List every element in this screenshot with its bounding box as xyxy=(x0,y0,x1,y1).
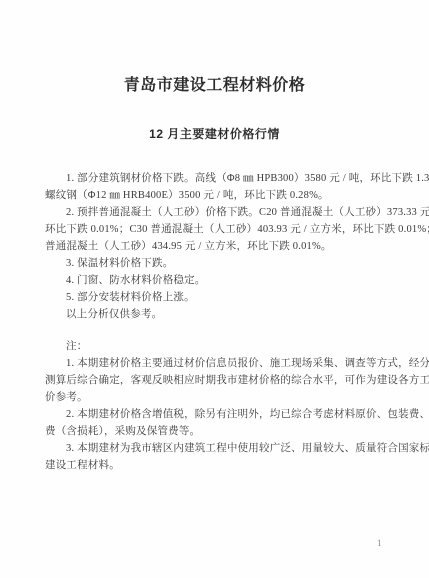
body-line-6: 3. 保温材料价格下跌。 xyxy=(45,255,387,272)
body-line-8: 5. 部分安装材料价格上涨。 xyxy=(45,289,387,306)
note-line-1: 1. 本期建材价格主要通过材价信息员报价、施工现场采集、调查等方式，经分析和 xyxy=(45,355,387,372)
notes-section: 注： 1. 本期建材价格主要通过材价信息员报价、施工现场采集、调查等方式，经分析… xyxy=(45,338,387,474)
note-line-3: 价参考。 xyxy=(45,389,387,406)
body-line-9: 以上分析仅供参考。 xyxy=(45,306,387,323)
page-number: 1 xyxy=(377,537,382,549)
notes-heading: 注： xyxy=(45,338,387,355)
body-line-4: 环比下跌 0.01%；C30 普通混凝土（人工砂）403.93 元 / 立方米，… xyxy=(45,221,387,238)
note-line-2: 测算后综合确定，客观反映相应时期我市建材价格的综合水平，可作为建设各方工程计 xyxy=(45,372,387,389)
document-page: 青岛市建设工程材料价格 12 月主要建材价格行情 1. 部分建筑钢材价格下跌。高… xyxy=(0,0,429,578)
document-subtitle: 12 月主要建材价格行情 xyxy=(0,125,429,142)
body-line-1: 1. 部分建筑钢材价格下跌。高线（Φ8 ㎜ HPB300）3580 元 / 吨，… xyxy=(45,170,387,187)
body-line-5: 普通混凝土（人工砂）434.95 元 / 立方米，环比下跌 0.01%。 xyxy=(45,238,387,255)
document-title: 青岛市建设工程材料价格 xyxy=(0,72,429,95)
body-line-3: 2. 预拌普通混凝土（人工砂）价格下跌。C20 普通混凝土（人工砂）373.33… xyxy=(45,204,387,221)
note-line-7: 建设工程材料。 xyxy=(45,457,387,474)
body-line-7: 4. 门窗、防水材料价格稳定。 xyxy=(45,272,387,289)
note-line-5: 费（含损耗），采购及保管费等。 xyxy=(45,423,387,440)
note-line-4: 2. 本期建材价格含增值税，除另有注明外，均已综合考虑材料原价、包装费、运杂 xyxy=(45,406,387,423)
body-line-2: 螺纹钢（Φ12 ㎜ HRB400E）3500 元 / 吨，环比下跌 0.28%。 xyxy=(45,187,387,204)
summary-section: 1. 部分建筑钢材价格下跌。高线（Φ8 ㎜ HPB300）3580 元 / 吨，… xyxy=(45,170,387,323)
note-line-6: 3. 本期建材为我市辖区内建筑工程中使用较广泛、用量较大、质量符合国家标准的 xyxy=(45,440,387,457)
